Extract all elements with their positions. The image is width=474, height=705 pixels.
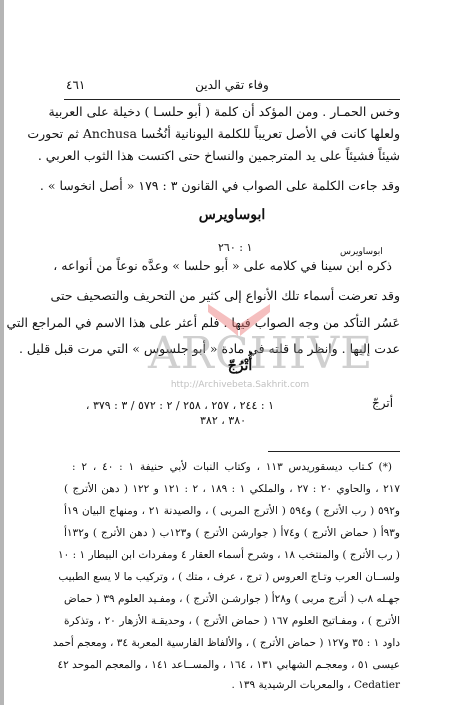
footnote-line: و٥٩٢ ( رب الأترج ) و٥٩٤ ( الأترج المربى … (64, 504, 400, 518)
footnote-line: جهـله ٨ب ( أترج مربى ) و٢٨أ ( جوارشـن ال… (64, 592, 400, 606)
footnote-line: ( رب الأترج ) والمنتخب ١٨ ، وشرح أسماء ا… (64, 548, 400, 562)
text-line: ذكره ابن سينا في كلامه على « أبو حلسا » … (92, 258, 392, 273)
text-line: وقد جاءت الكلمة على الصواب في القانون ٣ … (64, 178, 400, 193)
margin-label: أترجّ (372, 396, 393, 410)
header-rule (64, 99, 400, 100)
entry-reference: ١ : ٢٦٠ (218, 241, 252, 254)
text-line: ولعلها كانت في الأصل تعريباً للكلمة اليو… (64, 126, 400, 141)
footnote-line: ولســان العرب وتـاج العروس ( ترج ، عرف ،… (64, 570, 400, 584)
page-left-border (0, 0, 4, 705)
entry-references: ٣٨٠ ، ٣٨٢ (200, 414, 246, 427)
running-header: وفاء تقي الدين ٤٦١ (64, 78, 400, 100)
footnote-line: عيسى ٥١ ، ومعجـم الشهابي ١٣١ ، ١٦٤ ، وال… (64, 658, 400, 672)
running-header-title: وفاء تقي الدين (64, 78, 400, 92)
margin-label: ابوساويرس (340, 247, 383, 257)
watermark-url: http://Archivebeta.Sakhrit.com (150, 380, 330, 390)
text-line: شيئاً فشيئاً على يد المترجمين والنساخ حت… (64, 148, 400, 163)
footnote-line: ٢١٧ ، والحاوي ٢٠ : ٢٧ ، والملكي ١ : ١٨٩ … (64, 482, 400, 496)
entry-references: ١ : ٢٤٤ ، ٢٥٧ ، ٢٥٨ / ٢ : ٥٧٢ / ٣ : ٣٧٩ … (64, 399, 274, 412)
footnote-line: داود ١ : ٣٥ و١٢٧ ( حماض الأترج ) ، والأل… (64, 636, 400, 650)
footnote-line: Cedatier ، والمعربات الرشيدية ١٣٩ . (64, 678, 400, 692)
text-line: وخس الحمـار . ومن المؤكد أن كلمة ( أبو ح… (64, 104, 400, 119)
footnote-line: (*) كـتاب ديسقوريدس ١١٣ ، وكتاب النبات ل… (72, 460, 392, 474)
entry-title-abusawiris: ابوساويرس (64, 207, 400, 223)
page-number: ٤٦١ (66, 78, 85, 92)
footnote-line: الأترج ) ، ومفـاتيح العلوم ١٦٧ ( حماض ال… (64, 614, 400, 628)
entry-title-utruj: أُتْرُجّ (200, 358, 280, 374)
footnote-rule (268, 451, 400, 452)
footnote-line: و٩٣أ ( حماض الأترج ) و٧٤أ ( جوارشن الأتر… (64, 526, 400, 540)
